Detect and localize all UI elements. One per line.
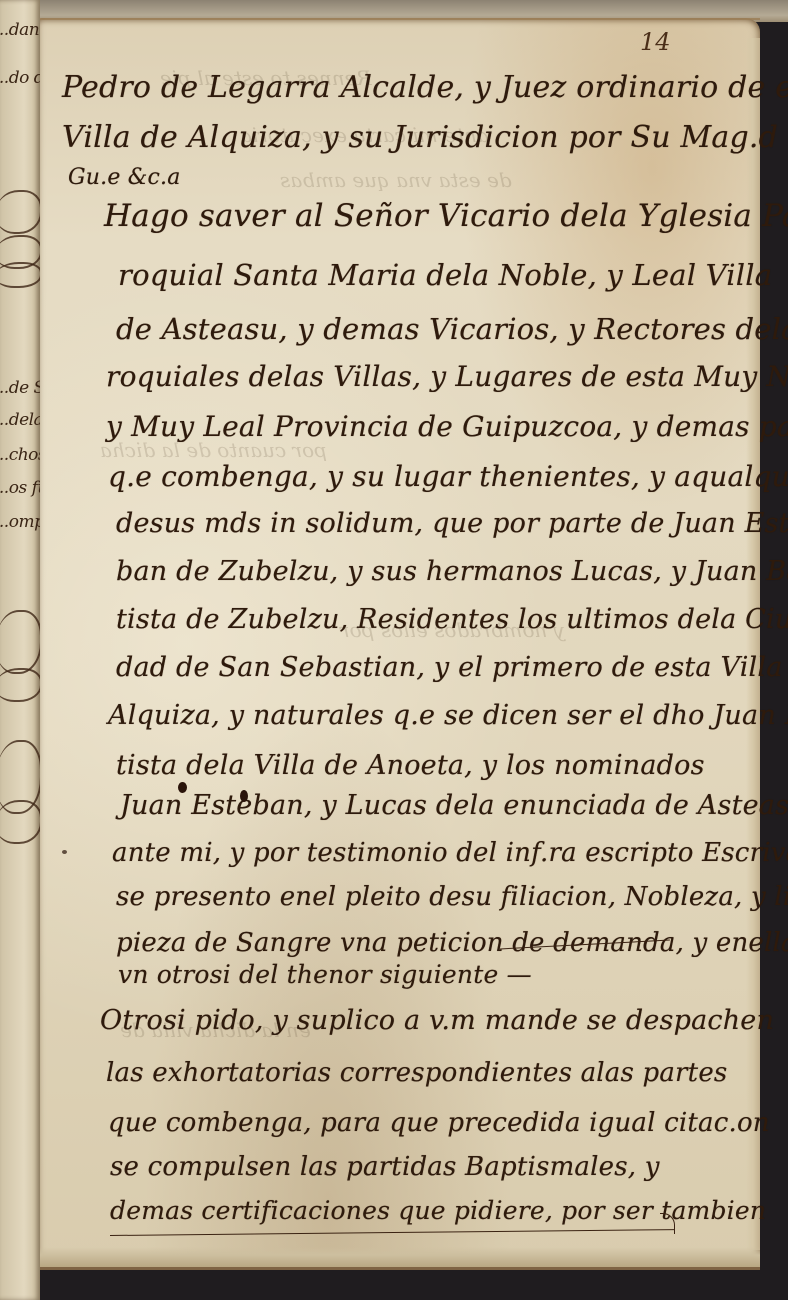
- page-bottom-edge: [40, 1247, 760, 1270]
- body-line: Alquiza, y naturales q.e se dicen ser el…: [108, 700, 788, 731]
- body-line: que combenga, para que precedida igual c…: [108, 1108, 770, 1138]
- body-line: roquiales delas Villas, y Lugares de est…: [106, 360, 788, 393]
- body-line: ban de Zubelzu, y sus hermanos Lucas, y …: [116, 556, 788, 587]
- facing-page-text: ...do d: [0, 68, 40, 88]
- body-line: Otrosi pido, y suplico a v.m mande se de…: [100, 1005, 774, 1036]
- body-line: desus mds in solidum, que por parte de J…: [116, 508, 788, 539]
- folio-number: 14: [640, 28, 671, 56]
- ink-blot: [178, 782, 187, 793]
- facing-page-edge: ...dania ...do d ...de Su ...dela N ...c…: [0, 0, 40, 1300]
- page-top-edge: [40, 18, 760, 28]
- facing-page-text: ...os fu: [0, 478, 40, 498]
- facing-page-flourish: [0, 800, 40, 844]
- header-line: Gu.e &c.a: [68, 165, 181, 190]
- facing-page-text: ...de Su: [0, 378, 40, 398]
- header-line: Pedro de Legarra Alcalde, y Juez ordinar…: [62, 70, 788, 105]
- body-line: vn otrosi del thenor siguiente —: [118, 960, 532, 989]
- facing-page-text: ...dania: [0, 20, 40, 40]
- ink-blot: [240, 790, 248, 802]
- body-line: Hago saver al Señor Vicario dela Yglesia…: [104, 198, 788, 234]
- body-line: ante mi, y por testimonio del inf.ra esc…: [112, 838, 788, 868]
- manuscript-scan: ...dania ...do d ...de Su ...dela N ...c…: [0, 0, 788, 1300]
- body-line: se compulsen las partidas Baptismales, y: [110, 1152, 660, 1182]
- body-line: dad de San Sebastian, y el primero de es…: [116, 652, 788, 683]
- body-line: q.e combenga, y su lugar thenientes, y a…: [108, 460, 788, 493]
- body-line: pieza de Sangre vna peticion de demanda,…: [116, 928, 788, 958]
- body-line: Juan Esteban, y Lucas dela enunciada de …: [120, 790, 788, 821]
- body-line: de Asteasu, y demas Vicarios, y Rectores…: [116, 312, 788, 346]
- facing-page-text: ...ompañ: [0, 512, 40, 532]
- ink-blot: [62, 850, 67, 854]
- facing-page-flourish: [0, 190, 40, 234]
- facing-page-flourish: [0, 668, 40, 702]
- facing-page-text: ...chos, y: [0, 445, 40, 465]
- body-line: se presento enel pleito desu filiacion, …: [116, 882, 788, 912]
- facing-page-text: ...dela N: [0, 410, 40, 430]
- bleed-through-text: de esta vna que ambas: [280, 168, 512, 192]
- header-line: Villa de Alquiza, y su Jurisdicion por S…: [62, 120, 788, 155]
- body-line: las exhortatorias correspondientes alas …: [106, 1058, 727, 1088]
- body-line: y Muy Leal Provincia de Guipuzcoa, y dem…: [106, 410, 788, 443]
- facing-page-flourish: [0, 262, 40, 288]
- body-line: tista de Zubelzu, Residentes los ultimos…: [116, 604, 788, 635]
- facing-page-flourish: [0, 610, 40, 674]
- body-line: tista dela Villa de Anoeta, y los nomina…: [116, 750, 705, 781]
- body-line: roquial Santa Maria dela Noble, y Leal V…: [118, 258, 772, 292]
